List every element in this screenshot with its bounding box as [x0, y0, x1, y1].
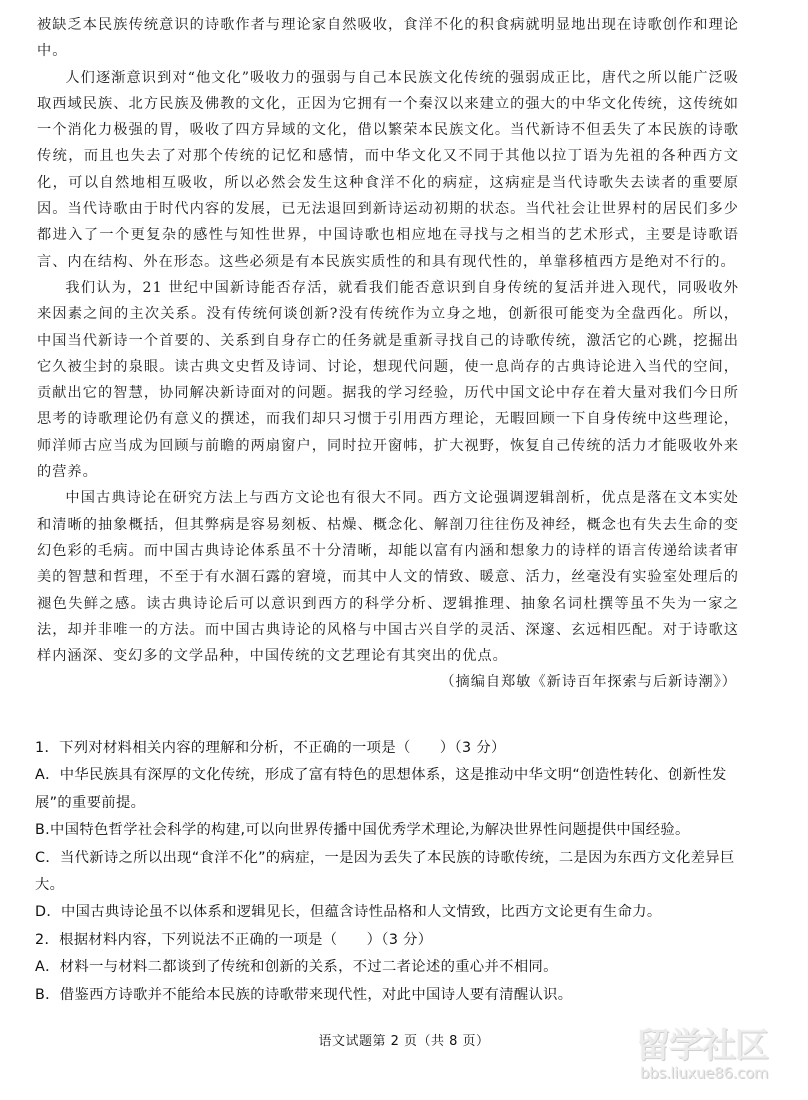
- passage-paragraph-2: 人们逐渐意识到对“他文化”吸收力的强弱与自己本民族文化传统的强弱成正比，唐代之所…: [37, 65, 739, 275]
- option-a: A．材料一与材料二都谈到了传统和创新的关系，不过二者论述的重心并不相同。: [35, 954, 745, 981]
- exam-page: 被缺乏本民族传统意识的诗歌作者与理论家自然吸收，食洋不化的积食病就明显地出现在诗…: [0, 0, 808, 1100]
- watermark-logo: 留学社区 bbs.liuxue86.com: [636, 1028, 796, 1092]
- passage-citation: （摘编自郑敏《新诗百年探索与后新诗潮》）: [37, 669, 739, 695]
- question-1: 1．下列对材料相关内容的理解和分析，不正确的一项是（ ）（3 分） A．中华民族…: [35, 735, 745, 927]
- option-c: C．当代新诗之所以出现“食洋不化”的病症，一是因为丢失了本民族的诗歌传统，二是因…: [35, 845, 745, 900]
- passage-paragraph-4: 中国古典诗论在研究方法上与西方文论也有很大不同。西方文论强调逻辑剖析，优点是落在…: [37, 485, 739, 669]
- watermark-url: bbs.liuxue86.com: [636, 1064, 796, 1082]
- question-stem: 1．下列对材料相关内容的理解和分析，不正确的一项是（ ）（3 分）: [35, 735, 745, 762]
- option-d: D．中国古典诗论虽不以体系和逻辑见长，但蕴含诗性品格和人文情致，比西方文论更有生…: [35, 899, 745, 926]
- passage-paragraph-3: 我们认为，21 世纪中国新诗能否存活，就看我们能否意识到自身传统的复活并进入现代…: [37, 275, 739, 485]
- option-a: A．中华民族具有深厚的文化传统，形成了富有特色的思想体系，这是推动中华文明“创造…: [35, 762, 745, 817]
- question-section: 1．下列对材料相关内容的理解和分析，不正确的一项是（ ）（3 分） A．中华民族…: [35, 735, 745, 1009]
- watermark-logo-text: 留学社区: [636, 1028, 796, 1064]
- option-b: B．借鉴西方诗歌并不能给本民族的诗歌带来现代性，对此中国诗人要有清醒认识。: [35, 982, 745, 1009]
- option-b: B.中国特色哲学社会科学的构建,可以向世界传播中国优秀学术理论,为解决世界性问题…: [35, 817, 745, 844]
- passage-paragraph-1: 被缺乏本民族传统意识的诗歌作者与理论家自然吸收，食洋不化的积食病就明显地出现在诗…: [37, 12, 739, 65]
- question-2: 2．根据材料内容，下列说法不正确的一项是（ ）（3 分） A．材料一与材料二都谈…: [35, 927, 745, 1009]
- reading-passage: 被缺乏本民族传统意识的诗歌作者与理论家自然吸收，食洋不化的积食病就明显地出现在诗…: [37, 12, 739, 696]
- question-stem: 2．根据材料内容，下列说法不正确的一项是（ ）（3 分）: [35, 927, 745, 954]
